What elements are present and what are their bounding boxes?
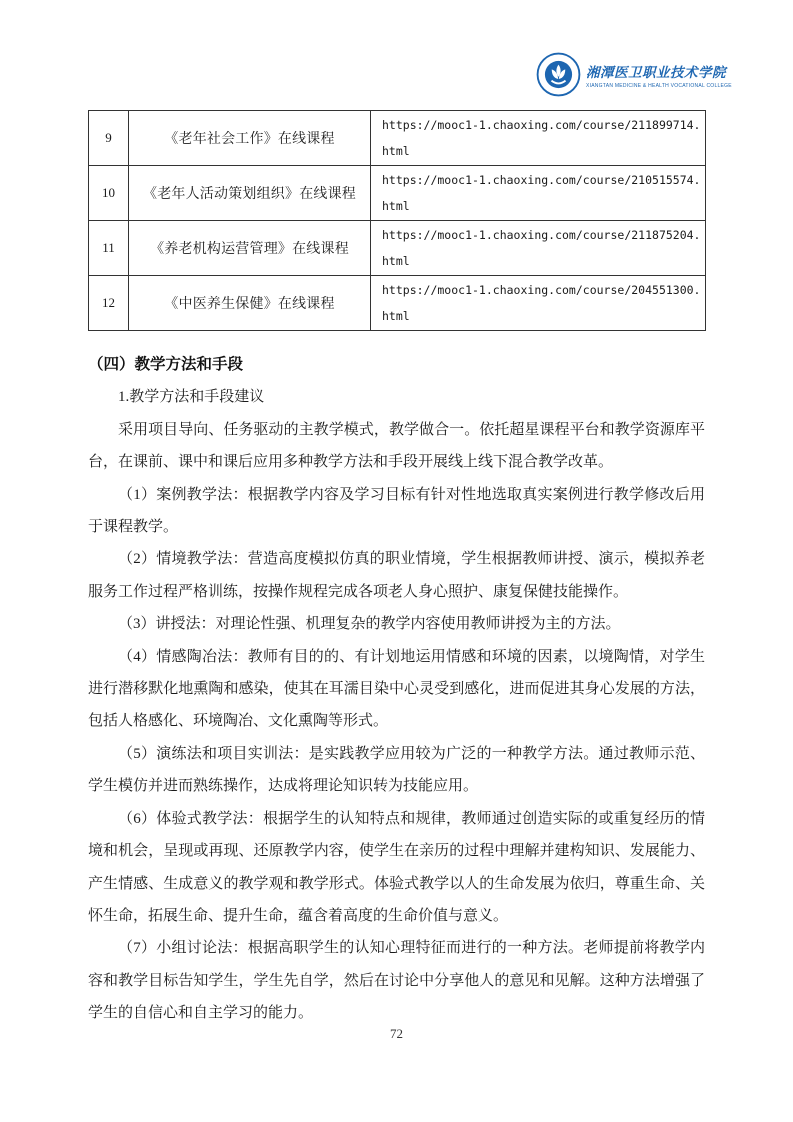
row-number-cell: 12 <box>89 276 129 331</box>
course-name-cell: 《老年社会工作》在线课程 <box>129 111 371 166</box>
course-name-cell: 《老年人活动策划组织》在线课程 <box>129 166 371 221</box>
course-url-cell: https://mooc1-1.chaoxing.com/course/2118… <box>371 111 706 166</box>
row-number-cell: 10 <box>89 166 129 221</box>
body-paragraph: （7）小组讨论法：根据高职学生的认知心理特征而进行的一种方法。老师提前将教学内容… <box>88 932 705 1029</box>
course-url: https://mooc1-1.chaoxing.com/course/2045… <box>382 277 700 329</box>
course-url: https://mooc1-1.chaoxing.com/course/2105… <box>382 167 700 219</box>
course-url: https://mooc1-1.chaoxing.com/course/2118… <box>382 222 700 274</box>
course-url-cell: https://mooc1-1.chaoxing.com/course/2118… <box>371 221 706 276</box>
table-row: 11 《养老机构运营管理》在线课程 https://mooc1-1.chaoxi… <box>89 221 706 276</box>
body-paragraph: 采用项目导向、任务驱动的主教学模式，教学做合一。依托超星课程平台和教学资源库平台… <box>88 414 705 479</box>
course-url-cell: https://mooc1-1.chaoxing.com/course/2045… <box>371 276 706 331</box>
document-page: 湘潭医卫职业技术学院 XIANGTAN MEDICINE & HEALTH VO… <box>0 0 793 1122</box>
page-number: 72 <box>0 1026 793 1042</box>
college-logo: 湘潭医卫职业技术学院 XIANGTAN MEDICINE & HEALTH VO… <box>536 52 732 97</box>
table-row: 9 《老年社会工作》在线课程 https://mooc1-1.chaoxing.… <box>89 111 706 166</box>
college-seal-icon <box>536 52 581 97</box>
table-row: 12 《中医养生保健》在线课程 https://mooc1-1.chaoxing… <box>89 276 706 331</box>
row-number-cell: 11 <box>89 221 129 276</box>
course-name-cell: 《中医养生保健》在线课程 <box>129 276 371 331</box>
body-paragraph: （4）情感陶冶法：教师有目的的、有计划地运用情感和环境的因素，以境陶情，对学生进… <box>88 641 705 738</box>
body-paragraph: （1）案例教学法：根据教学内容及学习目标有针对性地选取真实案例进行教学修改后用于… <box>88 479 705 544</box>
section-subheading: 1.教学方法和手段建议 <box>88 381 705 413</box>
section-heading: （四）教学方法和手段 <box>88 349 705 381</box>
college-name: 湘潭医卫职业技术学院 <box>586 61 732 81</box>
course-url: https://mooc1-1.chaoxing.com/course/2118… <box>382 112 700 164</box>
course-name-cell: 《养老机构运营管理》在线课程 <box>129 221 371 276</box>
course-table: 9 《老年社会工作》在线课程 https://mooc1-1.chaoxing.… <box>88 110 706 331</box>
college-name-block: 湘潭医卫职业技术学院 XIANGTAN MEDICINE & HEALTH VO… <box>586 61 732 89</box>
course-url-cell: https://mooc1-1.chaoxing.com/course/2105… <box>371 166 706 221</box>
college-name-en: XIANGTAN MEDICINE & HEALTH VOCATIONAL CO… <box>586 83 732 89</box>
table-row: 10 《老年人活动策划组织》在线课程 https://mooc1-1.chaox… <box>89 166 706 221</box>
document-content: 9 《老年社会工作》在线课程 https://mooc1-1.chaoxing.… <box>88 110 705 1030</box>
body-paragraph: （2）情境教学法：营造高度模拟仿真的职业情境，学生根据教师讲授、演示，模拟养老服… <box>88 543 705 608</box>
body-paragraph: （6）体验式教学法：根据学生的认知特点和规律，教师通过创造实际的或重复经历的情境… <box>88 803 705 933</box>
body-paragraph: （3）讲授法：对理论性强、机理复杂的教学内容使用教师讲授为主的方法。 <box>88 608 705 640</box>
row-number-cell: 9 <box>89 111 129 166</box>
body-paragraph: （5）演练法和项目实训法：是实践教学应用较为广泛的一种教学方法。通过教师示范、学… <box>88 738 705 803</box>
